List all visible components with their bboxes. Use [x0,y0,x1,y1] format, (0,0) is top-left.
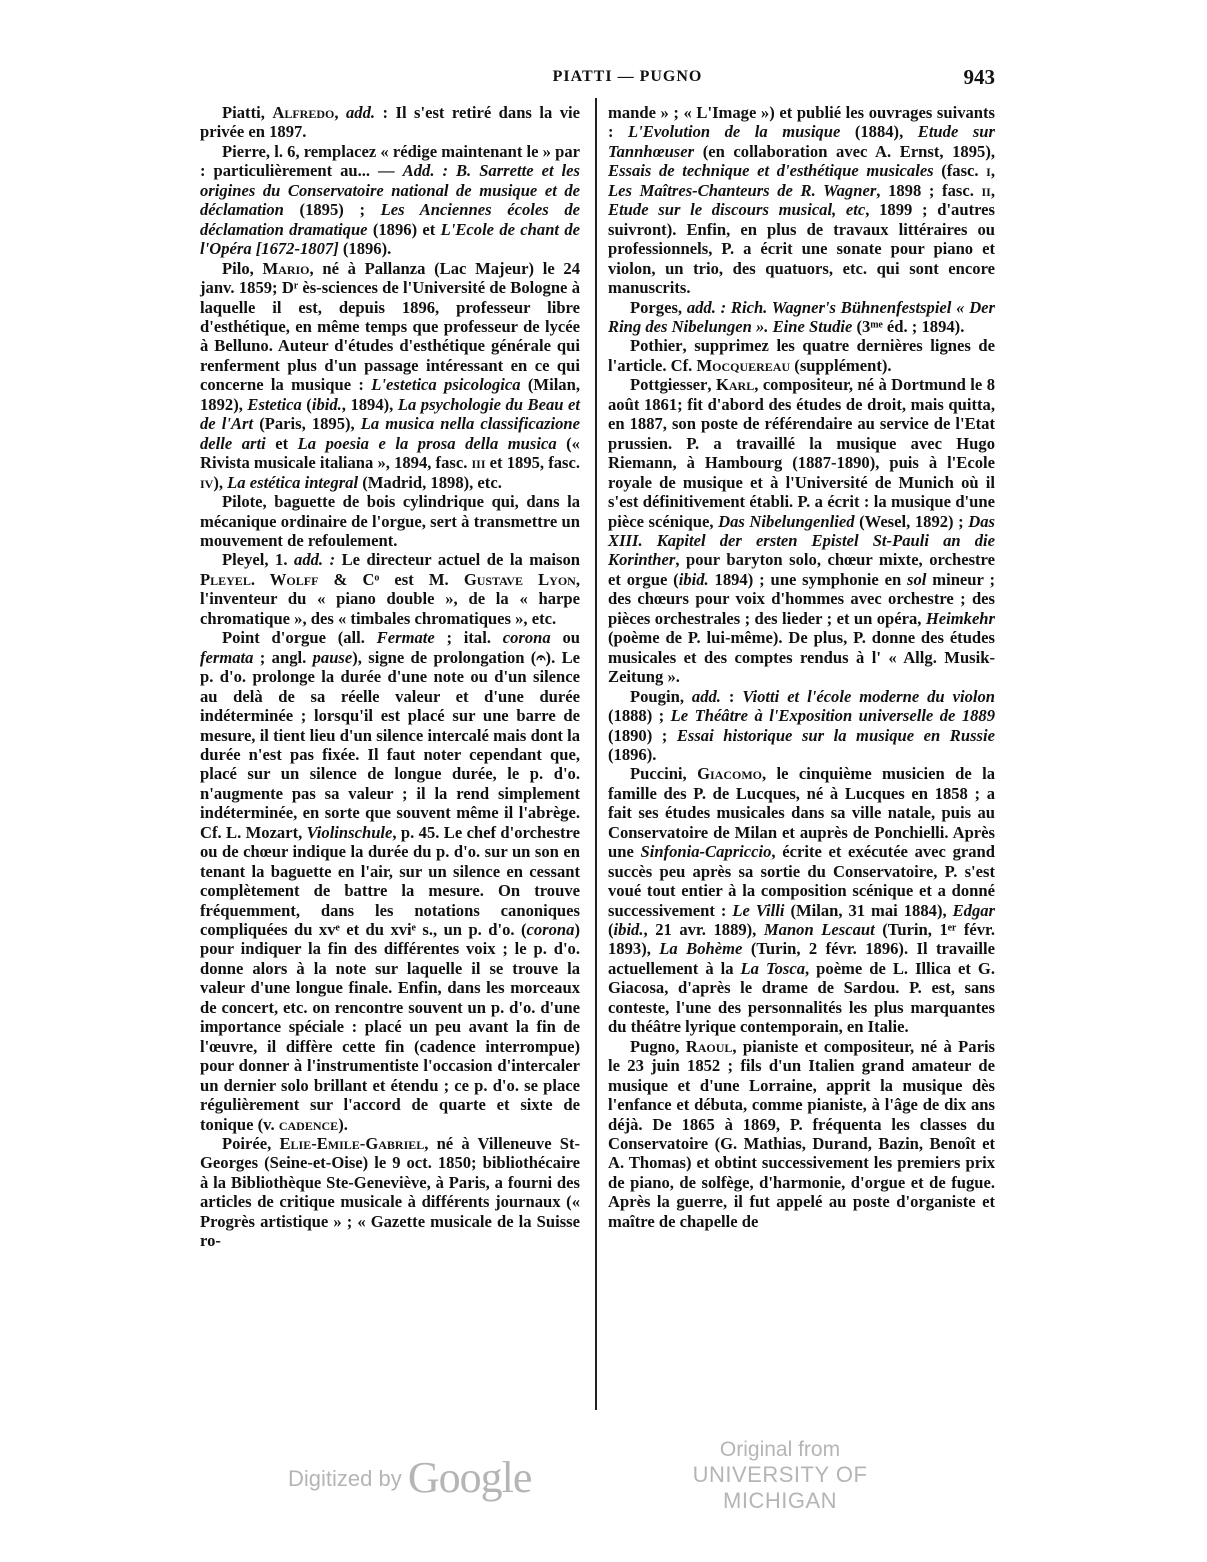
dictionary-entry: Pleyel, 1. add. : Le directeur actuel de… [200,550,580,628]
entry-headword: Pothier [630,336,683,355]
small-caps-name: ii [982,181,991,200]
dictionary-entry: Pothier, supprimez les quatre dernières … [608,336,995,375]
dictionary-entry: Point d'orgue (all. Fermate ; ital. coro… [200,628,580,1134]
digitized-by-google: Digitized by Google [288,1446,531,1497]
dictionary-entry: Pilote, baguette de bois cylindrique qui… [200,492,580,550]
entry-headword: Pougin [630,687,680,706]
dictionary-entry: Poirée, Elie-Emile-Gabriel, né à Villene… [200,1134,580,1251]
small-caps-name: Karl [716,375,754,394]
footer-watermark: Digitized by Google Original from UNIVER… [0,1438,1207,1498]
column-divider [595,98,597,1410]
small-caps-name: i [986,161,991,180]
page-number: 943 [964,65,996,90]
small-caps-name: Mocquereau [696,356,790,375]
dictionary-entry: Pottgiesser, Karl, compositeur, né à Dor… [608,375,995,686]
entry-headword: Pugno [630,1037,675,1056]
dictionary-entry: Pugno, Raoul, pianiste et compositeur, n… [608,1037,995,1232]
dictionary-entry: Piatti, Alfredo, add. : Il s'est retiré … [200,103,580,142]
original-from-label: Original from [640,1438,920,1462]
left-column: Piatti, Alfredo, add. : Il s'est retiré … [200,103,580,1251]
right-column: mande » ; « L'Image ») et publié les ouv… [608,103,995,1231]
small-caps-name: Alfredo [272,103,334,122]
dictionary-entry: Porges, add. : Rich. Wagner's Bühnenfest… [608,298,995,337]
entry-headword: Pilote [222,492,263,511]
small-caps-name: Elie-Emile-Gabriel [279,1134,424,1153]
entry-headword: Poirée [222,1134,267,1153]
small-caps-name: iv [200,473,213,492]
small-caps-name: Mario [263,259,310,278]
running-title: PIATTI — PUGNO [200,68,995,86]
small-caps-name: Giacomo [697,764,762,783]
entry-headword: Porges [630,298,678,317]
dictionary-entry: Pierre, l. 6, remplacez « rédige mainten… [200,142,580,259]
google-logo: Google [408,1453,532,1502]
entry-headword: Pierre [222,142,266,161]
page-header: PIATTI — PUGNO 943 [200,68,995,92]
entry-headword: Pleyel [222,550,264,569]
dictionary-entry: Puccini, Giacomo, le cinquième musicien … [608,764,995,1036]
dictionary-entry: Pougin, add. : Viotti et l'école moderne… [608,687,995,765]
entry-headword: Piatti [222,103,261,122]
entry-headword: Point d'orgue [222,628,326,647]
entry-headword: Pottgiesser [630,375,707,394]
entry-continuation: mande » ; « L'Image ») et publié les ouv… [608,103,995,298]
entry-headword: Pilo [222,259,250,278]
small-caps-name: Pleyel. Wolff [200,570,318,589]
small-caps-name: cadence [279,1115,338,1134]
small-caps-name: Raoul [686,1037,733,1056]
small-caps-name: iii [472,453,486,472]
digitized-prefix: Digitized by [288,1466,402,1491]
dictionary-entry: Pilo, Mario, né à Pallanza (Lac Majeur) … [200,259,580,492]
small-caps-name: Gustave Lyon [464,570,576,589]
university-name: UNIVERSITY OF MICHIGAN [640,1462,920,1514]
original-from: Original from UNIVERSITY OF MICHIGAN [640,1438,920,1514]
entry-headword: Puccini [630,764,683,783]
